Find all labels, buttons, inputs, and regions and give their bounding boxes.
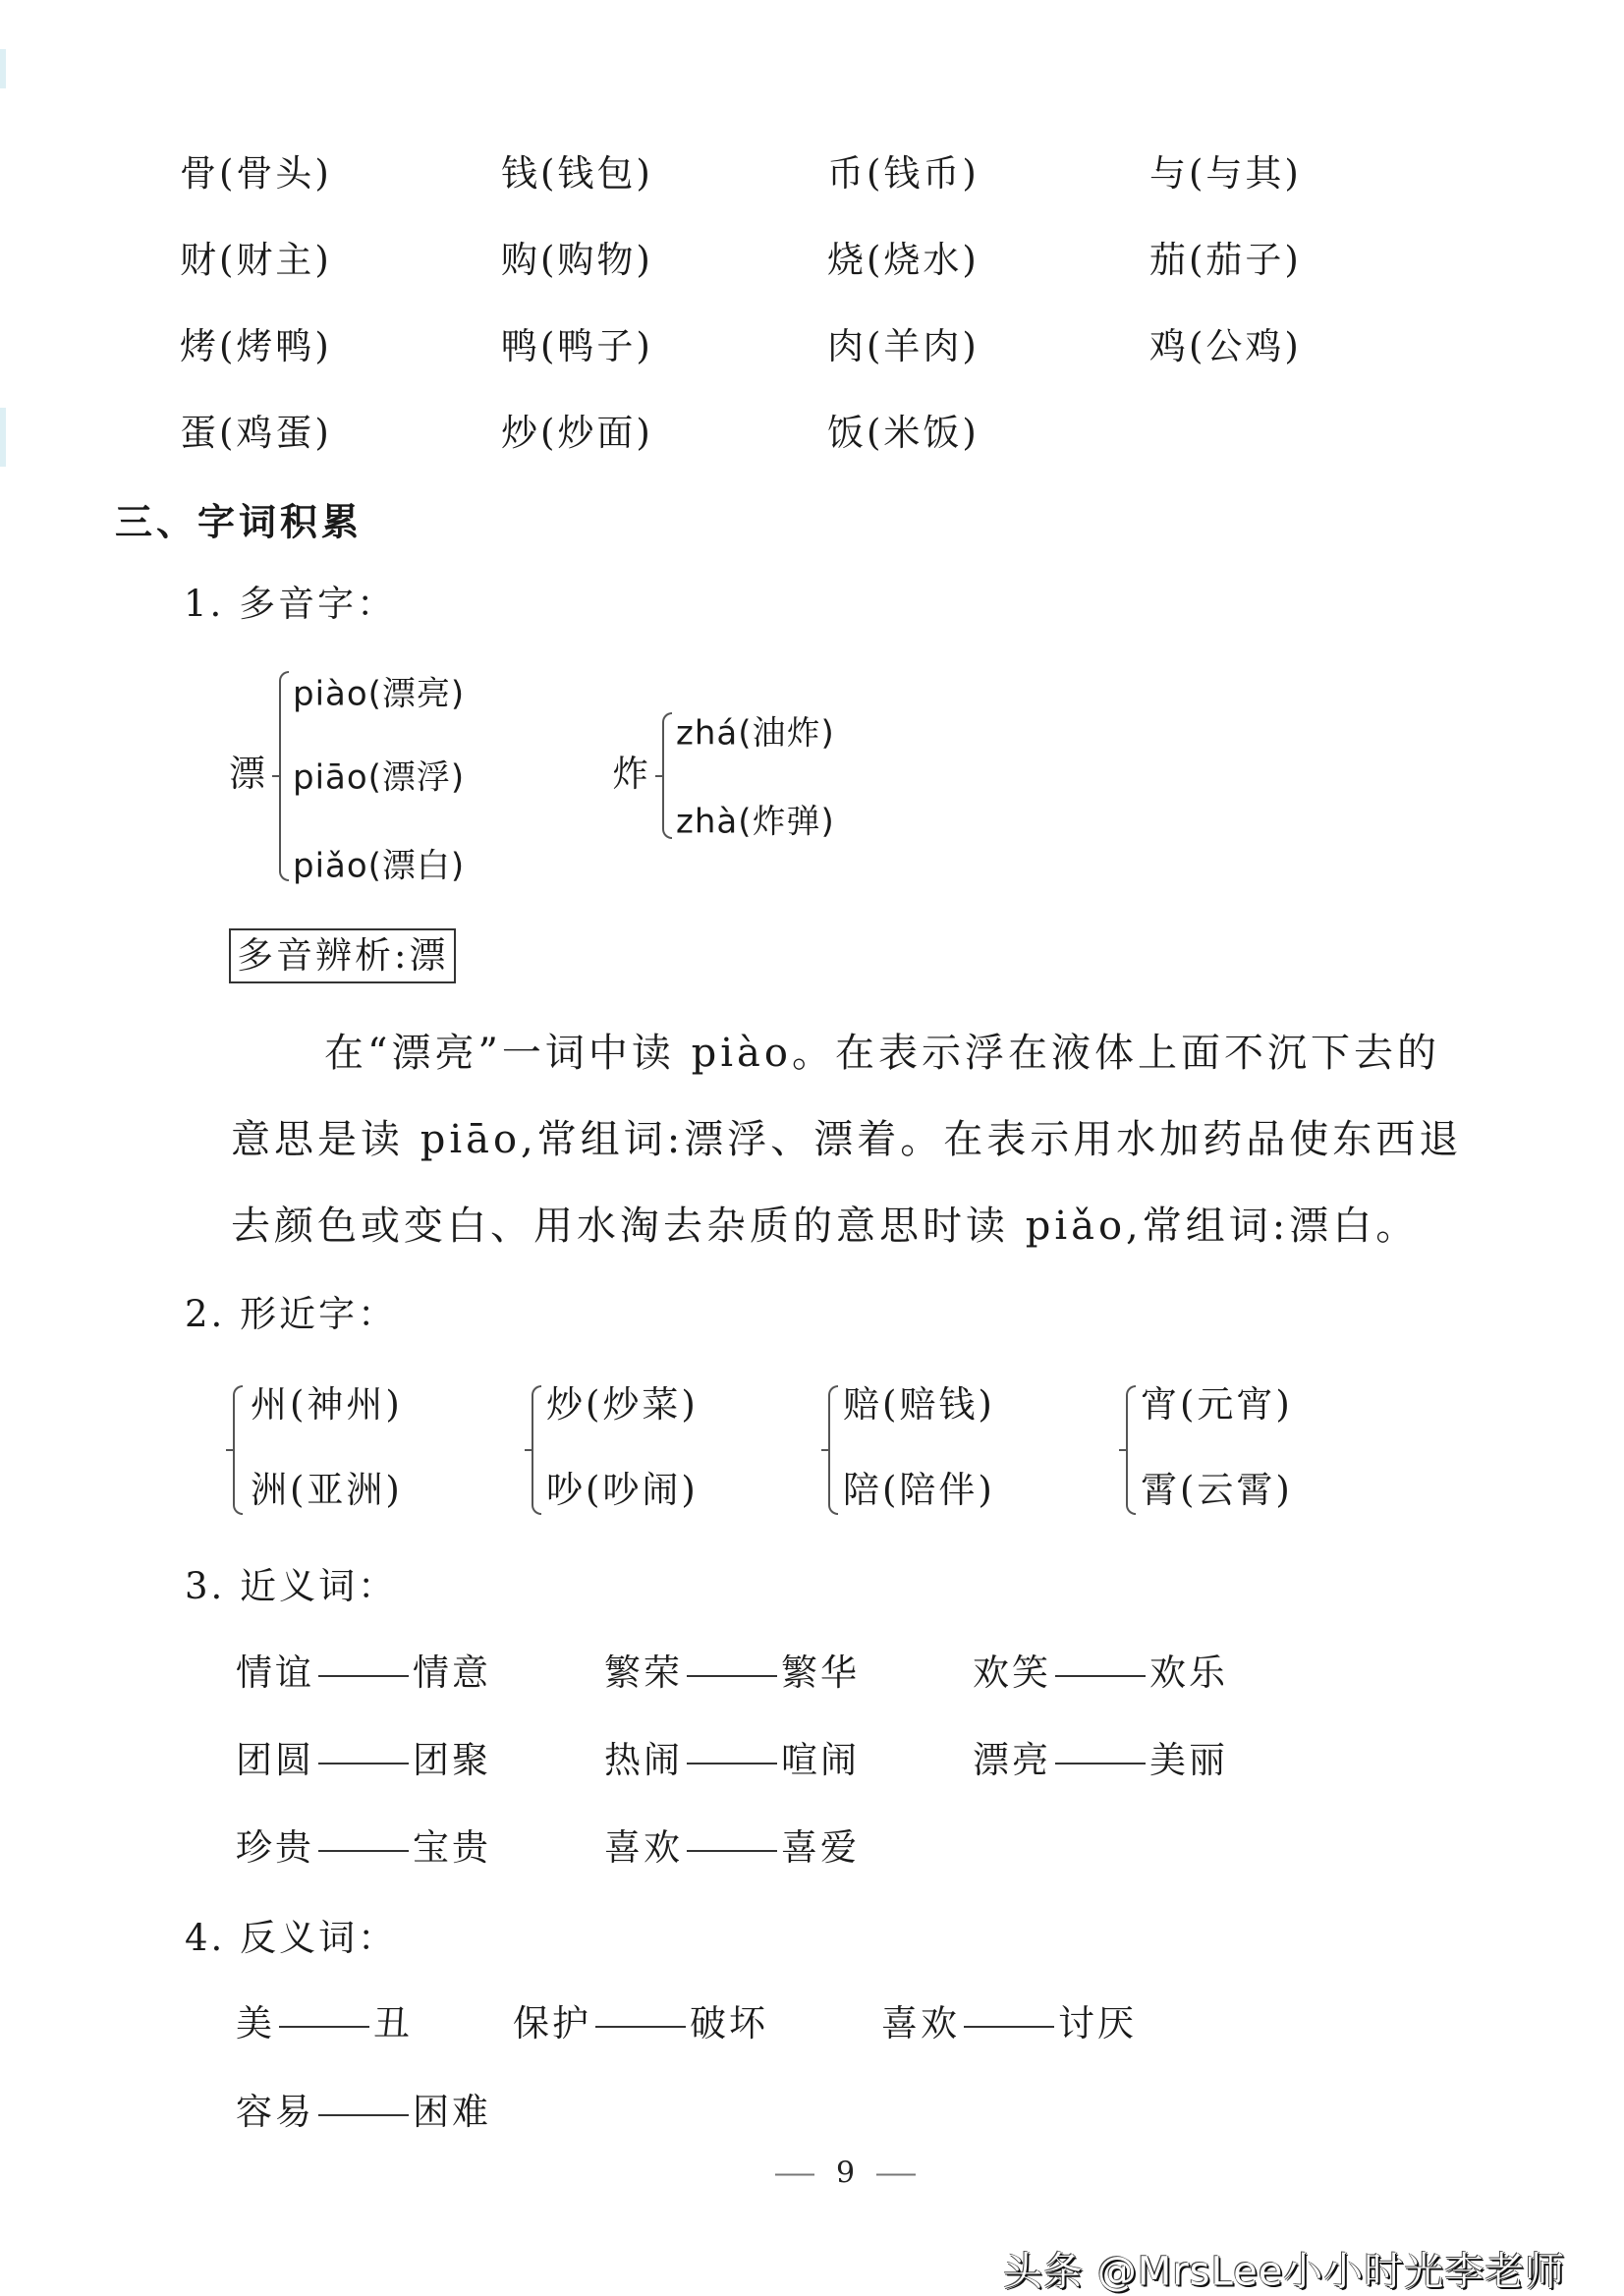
polyphonic-char: 炸 (612, 753, 651, 796)
similar-item: 赔(赔钱) (843, 1383, 995, 1427)
word: 珍贵 (236, 1826, 314, 1869)
word-item: 烤(烤鸭) (180, 325, 332, 368)
brace-icon (1126, 1385, 1136, 1515)
word: 繁荣 (604, 1652, 683, 1694)
word-item: 烧(烧水) (827, 239, 980, 282)
word: 破坏 (690, 2002, 768, 2044)
subsection-title-similar: 2. 形近字： (185, 1293, 397, 1336)
similar-item: 州(神州) (251, 1383, 403, 1427)
dash-line (876, 2174, 916, 2176)
word-item: 鸭(鸭子) (501, 325, 653, 368)
brace-icon (233, 1385, 243, 1515)
word: 丑 (373, 2002, 413, 2044)
analysis-paragraph: 在“漂亮”一词中读 piào。在表示浮在液体上面不沉下去的 意思是读 piāo,… (231, 1010, 1518, 1269)
brace-icon (828, 1385, 838, 1515)
antonym-pair: 保护破坏 (513, 2002, 768, 2045)
scan-edge-mark (0, 49, 6, 88)
analysis-label-box: 多音辨析:漂 (229, 928, 456, 983)
word-item: 财(财主) (180, 239, 332, 282)
word-item: 钱(钱包) (501, 152, 653, 196)
synonym-pair: 珍贵宝贵 (236, 1826, 491, 1870)
word-item: 肉(羊肉) (827, 325, 980, 368)
page-number-text: 9 (836, 2156, 855, 2191)
word: 喜欢 (881, 2002, 960, 2044)
reading-item: piào(漂亮) (293, 667, 465, 715)
brace-icon (279, 671, 289, 881)
word-item: 币(钱币) (827, 152, 980, 196)
reading-item: zhá(油炸) (676, 706, 835, 755)
similar-item: 吵(吵闹) (546, 1469, 699, 1512)
synonym-pair: 欢笑欢乐 (973, 1652, 1228, 1695)
word: 情意 (413, 1652, 491, 1694)
word: 漂亮 (973, 1739, 1051, 1781)
brace-icon (662, 712, 672, 839)
dash-line (687, 1763, 777, 1764)
word-item: 饭(米饭) (827, 412, 980, 455)
word: 讨厌 (1058, 2002, 1137, 2044)
reading-item: piǎo(漂白) (293, 839, 465, 887)
dash-line (318, 1675, 409, 1677)
dash-line (279, 2026, 369, 2028)
word-item: 与(与其) (1149, 152, 1302, 196)
similar-item: 霄(云霄) (1141, 1469, 1293, 1512)
dash-line (318, 2114, 409, 2116)
polyphonic-char: 漂 (229, 753, 268, 796)
page-number: 9 (754, 2156, 937, 2191)
word-item: 炒(炒面) (501, 412, 653, 455)
similar-item: 陪(陪伴) (843, 1469, 995, 1512)
dash-line (775, 2174, 814, 2176)
synonym-pair: 喜欢喜爱 (604, 1826, 860, 1870)
reading-item: zhà(炸弹) (676, 795, 835, 843)
antonym-pair: 美丑 (236, 2002, 413, 2045)
subsection-title-polyphonic: 1. 多音字： (184, 583, 396, 626)
word: 欢乐 (1149, 1652, 1228, 1694)
word: 宝贵 (413, 1826, 491, 1869)
word-item: 购(购物) (501, 239, 653, 282)
dash-line (318, 1763, 409, 1764)
dash-line (964, 2026, 1054, 2028)
synonym-pair: 漂亮美丽 (973, 1739, 1228, 1782)
word: 喜欢 (604, 1826, 683, 1869)
analysis-line-text: 在“漂亮”一词中读 piào。在表示浮在液体上面不沉下去的 (324, 1031, 1440, 1076)
dash-line (687, 1850, 777, 1852)
antonym-pair: 喜欢讨厌 (881, 2002, 1137, 2045)
analysis-line: 在“漂亮”一词中读 piào。在表示浮在液体上面不沉下去的 (231, 1010, 1518, 1096)
synonym-pair: 团圆团聚 (236, 1739, 491, 1782)
similar-item: 洲(亚洲) (251, 1469, 403, 1512)
word-item: 茄(茄子) (1149, 239, 1302, 282)
word: 困难 (413, 2091, 491, 2133)
word: 美 (236, 2002, 275, 2044)
dash-line (595, 2026, 686, 2028)
subsection-title-synonyms: 3. 近义词： (185, 1565, 397, 1608)
antonym-pair: 容易困难 (236, 2091, 491, 2134)
word: 美丽 (1149, 1739, 1228, 1781)
brace-icon (532, 1385, 541, 1515)
word: 情谊 (236, 1652, 314, 1694)
word: 喜爱 (781, 1826, 860, 1869)
word: 繁华 (781, 1652, 860, 1694)
synonym-pair: 情谊情意 (236, 1652, 491, 1695)
dash-line (318, 1850, 409, 1852)
word: 容易 (236, 2091, 314, 2133)
word: 团圆 (236, 1739, 314, 1781)
dash-line (1055, 1763, 1146, 1764)
dash-line (687, 1675, 777, 1677)
word: 团聚 (413, 1739, 491, 1781)
synonym-pair: 热闹喧闹 (604, 1739, 860, 1782)
subsection-title-antonyms: 4. 反义词： (185, 1917, 397, 1960)
word: 热闹 (604, 1739, 683, 1781)
word: 喧闹 (781, 1739, 860, 1781)
scan-edge-mark (0, 408, 6, 467)
word-item: 骨(骨头) (180, 152, 332, 196)
similar-item: 炒(炒菜) (546, 1383, 699, 1427)
dash-line (1055, 1675, 1146, 1677)
word-item: 蛋(鸡蛋) (180, 412, 332, 455)
section-heading: 三、字词积累 (115, 492, 363, 546)
analysis-line: 意思是读 piāo,常组词:漂浮、漂着。在表示用水加药品使东西退 (231, 1096, 1518, 1183)
watermark: 头条 @MrsLee小小时光李老师 (1003, 2241, 1565, 2296)
similar-item: 宵(元宵) (1141, 1383, 1293, 1427)
word-item: 鸡(公鸡) (1149, 325, 1302, 368)
word: 保护 (513, 2002, 591, 2044)
synonym-pair: 繁荣繁华 (604, 1652, 860, 1695)
reading-item: piāo(漂浮) (293, 751, 465, 799)
word: 欢笑 (973, 1652, 1051, 1694)
analysis-line: 去颜色或变白、用水淘去杂质的意思时读 piǎo,常组词:漂白。 (231, 1183, 1518, 1269)
